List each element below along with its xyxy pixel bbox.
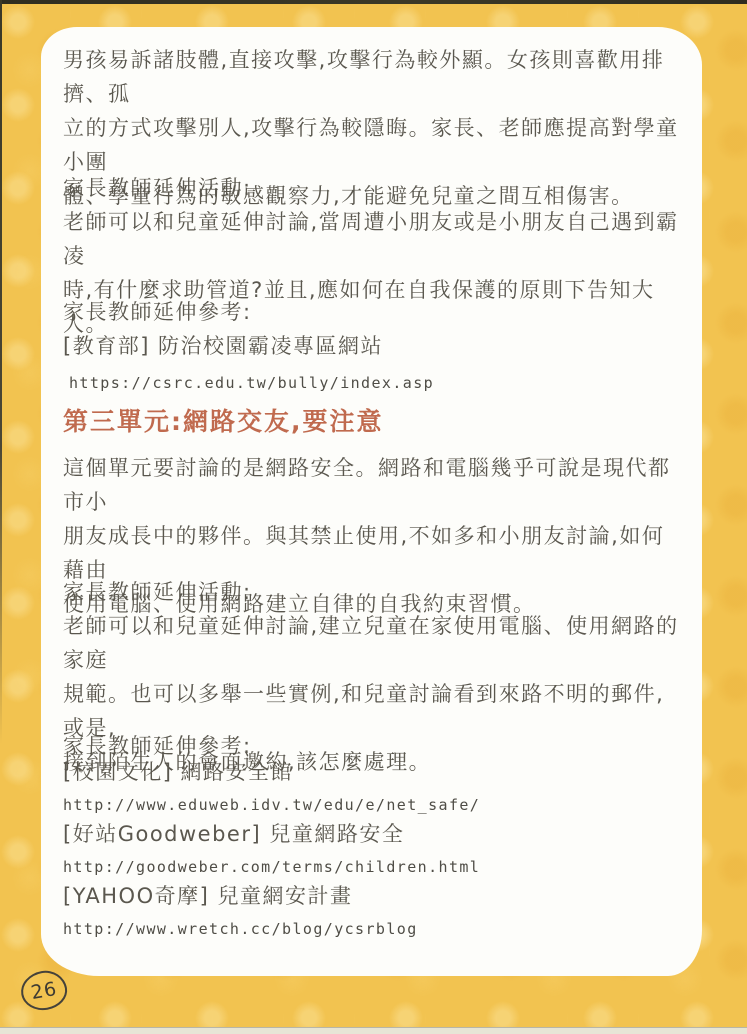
reference-name: [YAHOO奇摩] 兒童網安計畫 — [63, 879, 685, 913]
paragraph-line: 這個單元要討論的是網路安全。網路和電腦幾乎可說是現代都市小 — [63, 451, 685, 519]
reference-name: [好站Goodweber] 兒童網路安全 — [63, 817, 685, 851]
unit3-activity-label: 家長教師延伸活動: — [63, 575, 685, 609]
reference-url: http://www.wretch.cc/blog/ycsrblog — [63, 913, 685, 945]
scan-edge-bottom — [0, 1027, 747, 1034]
scan-edge-left — [0, 0, 2, 744]
paragraph-line: 立的方式攻擊別人,攻擊行為較隱晦。家長、老師應提高對學童小團 — [63, 111, 685, 179]
reference-name: [教育部] 防治校園霸凌專區網站 — [63, 329, 685, 363]
scanned-handbook-page: { "page": { "number": "26", "colors": { … — [0, 0, 747, 1034]
paragraph-line: 男孩易訴諸肢體,直接攻擊,攻擊行為較外顯。女孩則喜歡用排擠、孤 — [63, 43, 685, 111]
page-number-badge: 26 — [18, 967, 70, 1013]
unit2-reference-label: 家長教師延伸參考: — [63, 295, 685, 329]
unit2-activity-label: 家長教師延伸活動: — [63, 171, 685, 205]
scan-edge-top — [0, 0, 747, 4]
paragraph-line: 老師可以和兒童延伸討論,建立兒童在家使用電腦、使用網路的家庭 — [63, 609, 685, 677]
reference-url: https://csrc.edu.tw/bully/index.asp — [69, 367, 691, 399]
paragraph-line: 老師可以和兒童延伸討論,當周遭小朋友或是小朋友自己遇到霸凌 — [63, 205, 685, 273]
content-panel: 男孩易訴諸肢體,直接攻擊,攻擊行為較外顯。女孩則喜歡用排擠、孤 立的方式攻擊別人… — [41, 27, 702, 976]
page-number: 26 — [29, 977, 59, 1003]
unit-heading: 第三單元:網路交友,要注意 — [63, 407, 685, 437]
reference-name: [校園文化] 網路安全館 — [63, 755, 685, 789]
